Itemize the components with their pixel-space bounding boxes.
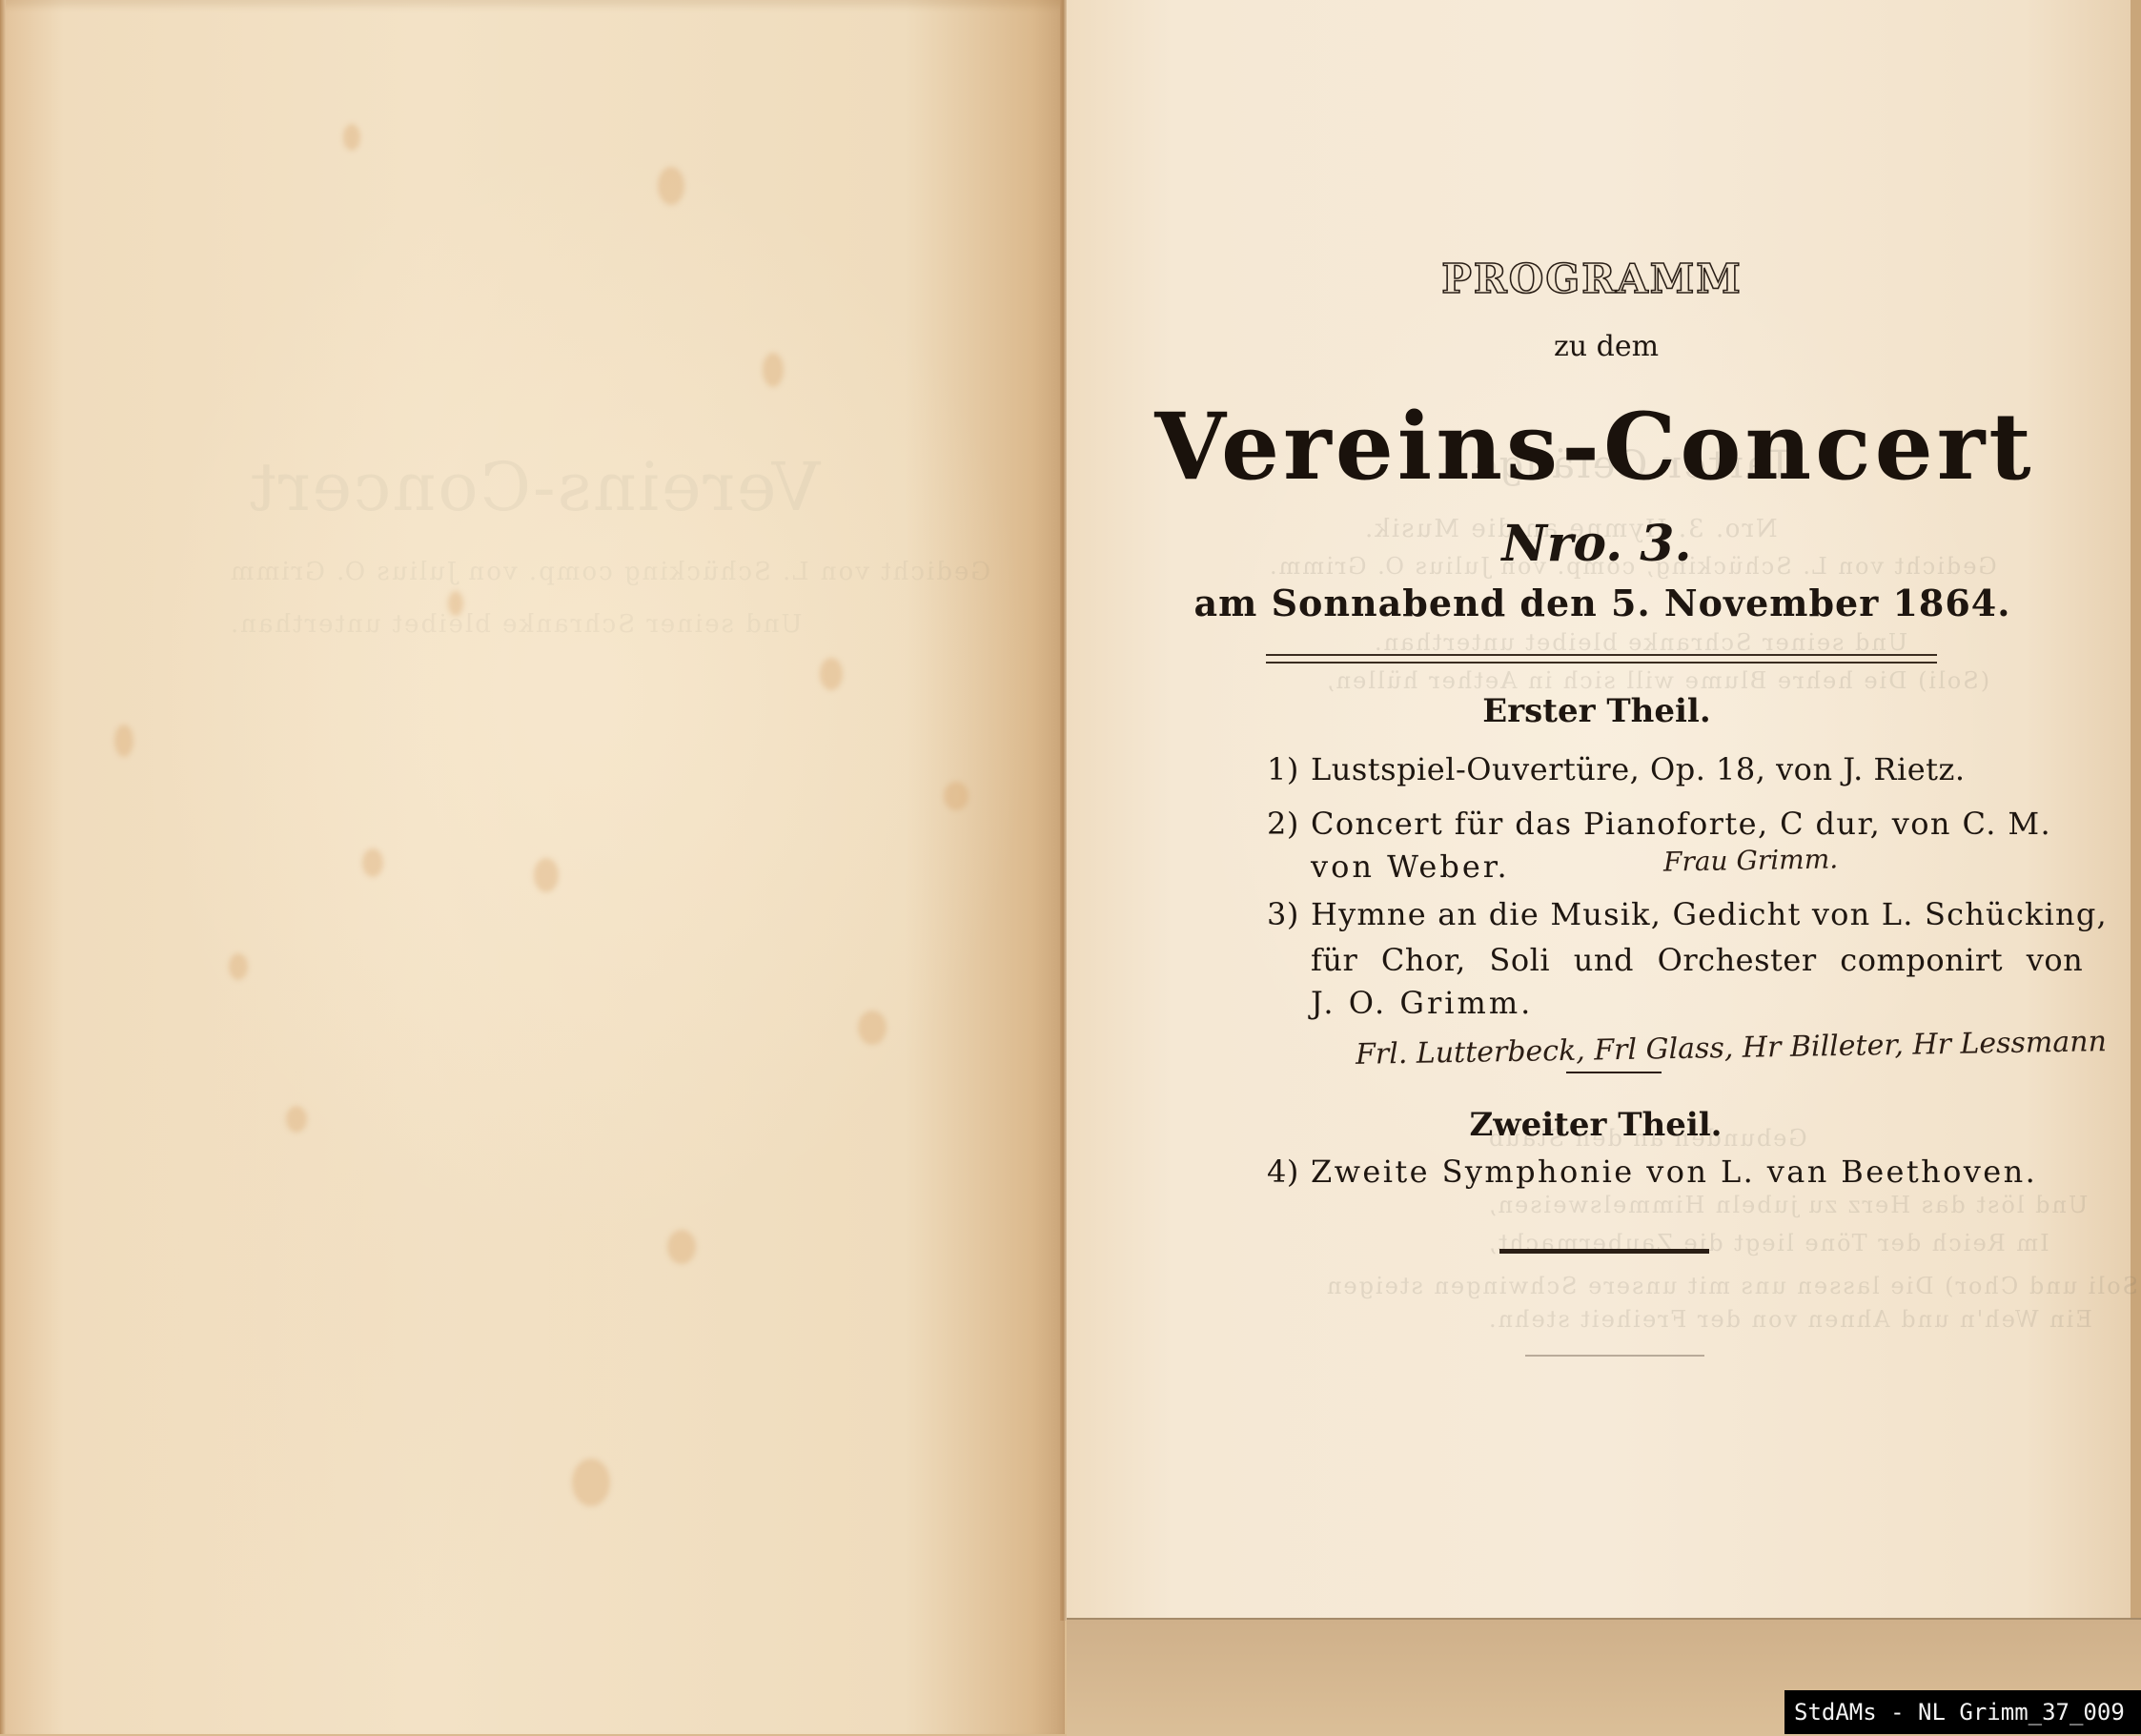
bleed-through-text: Und löst das Herz zu jubeln Himmelsweise… [1487,1192,2088,1218]
item-line: J. O. Grimm. [1311,985,1533,1021]
bleed-through-text: Und seiner Schranke bleibet unterthan. [1373,629,1907,656]
foxing-spot [572,1459,610,1506]
item-line: Lustspiel-Ouvertüre, Op. 18, von J. Riet… [1311,751,1966,787]
right-margin [2131,0,2141,1734]
left-page-edge [0,0,6,1734]
concert-date: am Sonnabend den 5. November 1864. [1194,582,2011,624]
faint-rule [1525,1355,1704,1357]
heading-programm: PROGRAMM [1441,255,1742,302]
item-number: 4) [1267,1154,1299,1190]
bleed-through-text: (Soli und Chor) Die lassen uns mit unser… [1325,1273,2141,1299]
foxing-spot [448,591,463,616]
bleed-through-text: Ein Weh'n und Ahnen von der Freiheit ste… [1487,1306,2092,1333]
foxing-spot [229,953,248,980]
item-number: 3) [1267,896,1299,932]
archive-signature-label: StdAMs - NL Grimm_37_009 [1784,1690,2141,1734]
section-heading-part-2: Zweiter Theil. [1469,1106,1722,1144]
item-number: 1) [1267,751,1299,787]
item-line: für Chor, Soli und Orchester componirt v… [1311,942,2083,978]
foxing-spot [286,1106,307,1133]
foxing-spot [667,1230,696,1264]
item-line: von Weber. [1311,848,1510,885]
bleed-through-text: Vereins-Concert [248,448,821,526]
foxing-spot [343,124,360,151]
handwritten-note-soloist: Frau Grimm. [1663,843,1839,877]
bleed-through-text: Gedicht von L. Schücking comp. von Juliu… [229,558,990,586]
foxing-spot [944,782,969,810]
item-line: Zweite Symphonie von L. van Beethoven. [1311,1154,2037,1190]
foxing-spot [658,167,684,205]
closing-rule [1499,1249,1709,1254]
foxing-spot [763,353,784,387]
book-scan: Vereins-Concert Gedicht von L. Schücking… [0,0,2141,1734]
foxing-spot [820,658,843,690]
item-line: Hymne an die Musik, Gedicht von L. Schüc… [1311,896,2108,932]
bleed-through-text: (Soli) Die hehre Blume will sich in Aeth… [1325,667,1989,694]
foxing-spot [362,848,383,877]
bleed-through-text: Und seiner Schranke bleibet unterthan. [229,610,803,639]
item-number: 2) [1267,806,1299,842]
item-line: Concert für das Pianoforte, C dur, von C… [1311,806,2051,842]
double-rule-divider [1266,654,1937,664]
foxing-spot [114,725,133,757]
concert-number: Nro. 3. [1501,515,1691,573]
handwritten-underline [1566,1072,1662,1073]
section-heading-part-1: Erster Theil. [1482,692,1710,730]
left-page: Vereins-Concert Gedicht von L. Schücking… [0,0,1065,1734]
foxing-spot [858,1011,887,1045]
heading-zu-dem: zu dem [1554,330,1659,363]
foxing-spot [534,858,559,892]
concert-title: Vereins-Concert [1154,393,2034,500]
